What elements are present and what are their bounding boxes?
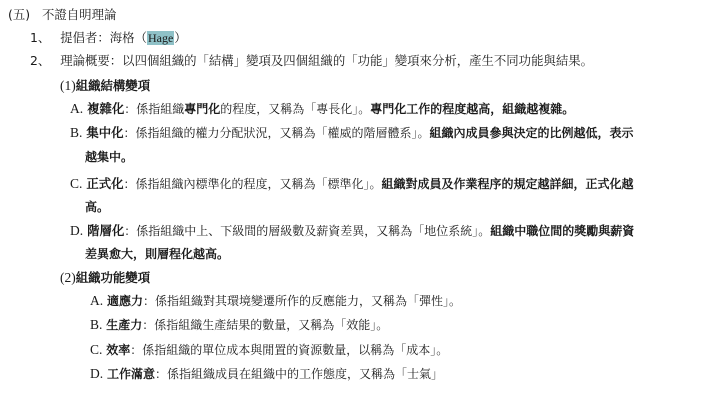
structure-item-b: B. 集中化：係指組織的權力分配狀況，又稱為「權威的階層體系」。組織內成員參與決… [70,125,634,141]
structure-heading: (1)組織結構變項 [60,78,150,94]
heading-number: (1) [60,78,76,93]
item-desc: ：係指組織成員在組織中的工作態度，又稱為「士氣」 [155,367,443,381]
item-desc: ：係指組織內標準化的程度，又稱為「標準化」。 [124,177,382,191]
item-desc: ：係指組織 [124,102,184,116]
section-heading: (五) 不證自明理論 [8,7,116,23]
structure-item-d: D. 階層化：係指組織中上、下級間的層級數及薪資差異，又稱為「地位系統」。組織中… [70,223,634,239]
structure-item-d-cont: 差異愈大，則層程化越高。 [85,246,229,262]
section-marker: (五) [8,7,30,22]
item-desc: ：係指組織的權力分配狀況，又稱為「權威的階層體系」。 [124,126,430,140]
overview-text: 理論概要：以四個組織的「結構」變項及四個組織的「功能」變項來分析，產生不同功能與… [60,53,593,68]
item-letter: C. [70,176,82,191]
proposer-label: 提倡者：海格（ [60,30,147,45]
item-desc: 的程度，又稱為「專長化」。 [220,102,370,116]
item-desc-bold: 專門化工作的程度越高，組織越複雜。 [370,102,574,116]
section-title: 不證自明理論 [42,7,116,22]
item-term: 生產力 [106,318,142,332]
item-letter: B. [70,125,82,140]
function-item-d: D. 工作滿意：係指組織成員在組織中的工作態度，又稱為「士氣」 [90,366,443,382]
structure-item-b-cont: 越集中。 [85,149,133,165]
item-desc: ：係指組織中上、下級間的層級數及薪資差異，又稱為「地位系統」。 [124,224,490,238]
item-number: 2、 [30,53,50,68]
item-letter: A. [90,293,103,308]
item-term: 適應力 [107,294,143,308]
item-letter: D. [70,223,83,238]
item-desc-bold: 專門化 [184,102,220,116]
item-term: 階層化 [87,223,124,238]
item-term: 效率 [106,343,130,357]
function-item-b: B. 生產力：係指組織生產結果的數量，又稱為「效能」。 [90,317,388,333]
function-heading: (2)組織功能變項 [60,270,150,286]
item-term: 集中化 [86,125,123,140]
item-letter: C. [90,342,102,357]
item-letter: A. [70,101,83,116]
function-item-a: A. 適應力：係指組織對其環境變遷所作的反應能力，又稱為「彈性」。 [90,293,461,309]
item-desc-bold: 組織中職位間的獎勵與薪資 [490,224,634,238]
overview-item: 2、 理論概要：以四個組織的「結構」變項及四個組織的「功能」變項來分析，產生不同… [30,53,593,69]
item-desc: ：係指組織的單位成本與閒置的資源數量，以稱為「成本」。 [130,343,448,357]
item-desc-bold: 組織對成員及作業程序的規定越詳細，正式化越 [382,177,634,191]
item-letter: D. [90,366,103,381]
item-letter: B. [90,317,102,332]
close-paren: ） [174,30,186,45]
structure-item-c-cont: 高。 [85,199,109,215]
item-term: 正式化 [86,176,123,191]
item-number: 1、 [30,30,50,45]
structure-item-a: A. 複雜化：係指組織專門化的程度，又稱為「專長化」。專門化工作的程度越高，組織… [70,101,574,117]
heading-text: 組織功能變項 [76,270,150,285]
item-term: 工作滿意 [107,367,155,381]
structure-item-c: C. 正式化：係指組織內標準化的程度，又稱為「標準化」。組織對成員及作業程序的規… [70,176,634,192]
item-desc-bold: 組織內成員參與決定的比例越低，表示 [430,126,634,140]
function-item-c: C. 效率：係指組織的單位成本與閒置的資源數量，以稱為「成本」。 [90,342,448,358]
item-desc: ：係指組織生產結果的數量，又稱為「效能」。 [142,318,388,332]
proposer-item: 1、 提倡者：海格（Hage） [30,30,187,46]
heading-text: 組織結構變項 [76,78,150,93]
item-term: 複雜化 [87,101,124,116]
item-desc: ：係指組織對其環境變遷所作的反應能力，又稱為「彈性」。 [143,294,461,308]
highlighted-name[interactable]: Hage [147,31,174,45]
heading-number: (2) [60,270,76,285]
